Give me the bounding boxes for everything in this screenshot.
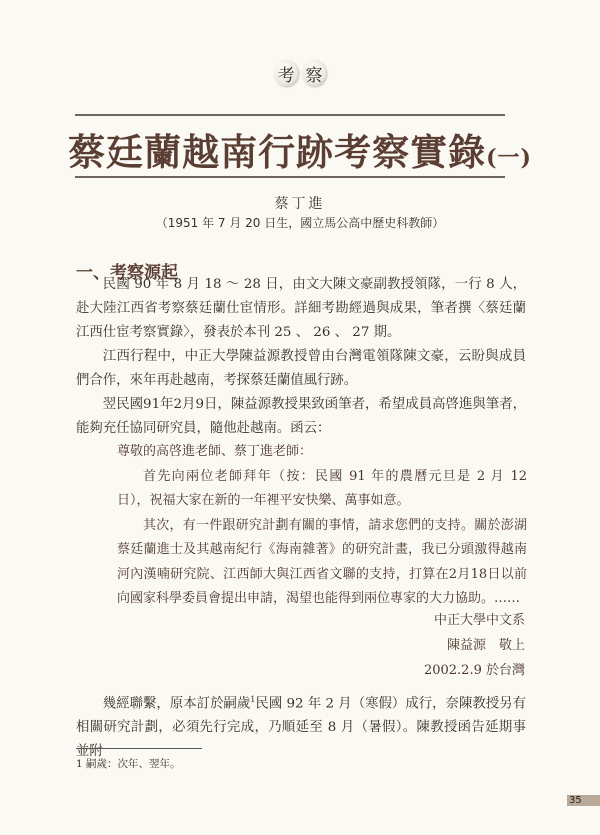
- body-paragraph: 民國 90 年 8 月 18 ～ 28 日，由文大陳文豪副教授領隊，一行 8 人…: [76, 273, 526, 345]
- column-label: 考 察: [0, 60, 600, 86]
- column-badge: 考: [274, 60, 298, 86]
- title-text: 蔡廷蘭越南行跡考察實錄: [68, 130, 486, 174]
- signature-org: 中正大學中文系: [424, 608, 525, 633]
- page-number: 35: [567, 795, 600, 806]
- title-part: (一): [486, 145, 532, 171]
- article-title: 蔡廷蘭越南行跡考察實錄(一): [0, 122, 600, 176]
- paragraph-text: 民國 90 年 8 月 18 ～ 28 日，由文大陳文豪副教授領隊，一行 8 人…: [76, 273, 526, 345]
- body-paragraph: 翌民國91年2月9日，陳益源教授果致函筆者，希望成員高啓進與筆者，能夠充任協同研…: [76, 393, 526, 441]
- footnote: 1 嗣歲：次年、翌年。: [76, 756, 181, 771]
- signature-name: 陳益源 敬上: [424, 633, 525, 658]
- letter-salutation: 尊敬的高啓進老師、蔡丁進老師：: [117, 440, 527, 465]
- title-rule-top: [75, 114, 505, 116]
- author-name: 蔡丁進: [0, 193, 600, 213]
- author-bio: （1951 年 7 月 20 日生，國立馬公高中歷史科教師）: [0, 214, 600, 231]
- signature-date: 2002.2.9 於台灣: [424, 658, 525, 683]
- paragraph-text: 翌民國91年2月9日，陳益源教授果致函筆者，希望成員高啓進與筆者，能夠充任協同研…: [76, 393, 526, 441]
- column-badge: 察: [302, 60, 326, 86]
- body-paragraph: 幾經聯繫，原本訂於嗣歲1民國 92 年 2 月（寒假）成行，奈陳教授另有相關研究…: [76, 688, 526, 764]
- body-paragraph: 江西行程中，中正大學陳益源教授曾由台灣電領隊陳文豪，云盼與成員們合作，來年再赴越…: [76, 345, 526, 393]
- letter-paragraph: 首先向兩位老師拜年（按：民國 91 年的農曆元旦是 2 月 12 日），祝福大家…: [117, 465, 527, 514]
- footnote-divider: [76, 748, 202, 749]
- paragraph-text: 幾經聯繫，原本訂於嗣歲: [103, 696, 251, 711]
- quoted-letter: 尊敬的高啓進老師、蔡丁進老師： 首先向兩位老師拜年（按：民國 91 年的農曆元旦…: [117, 440, 527, 612]
- letter-paragraph: 其次，有一件跟研究計劃有關的事情，請求您們的支持。關於澎湖蔡廷蘭進士及其越南紀行…: [117, 514, 527, 612]
- paragraph-text: 江西行程中，中正大學陳益源教授曾由台灣電領隊陳文豪，云盼與成員們合作，來年再赴越…: [76, 345, 526, 393]
- title-rule-bottom: [75, 176, 505, 178]
- document-page: 考 察 蔡廷蘭越南行跡考察實錄(一) 蔡丁進 （1951 年 7 月 20 日生…: [0, 0, 600, 835]
- letter-signature: 中正大學中文系 陳益源 敬上 2002.2.9 於台灣: [424, 608, 525, 683]
